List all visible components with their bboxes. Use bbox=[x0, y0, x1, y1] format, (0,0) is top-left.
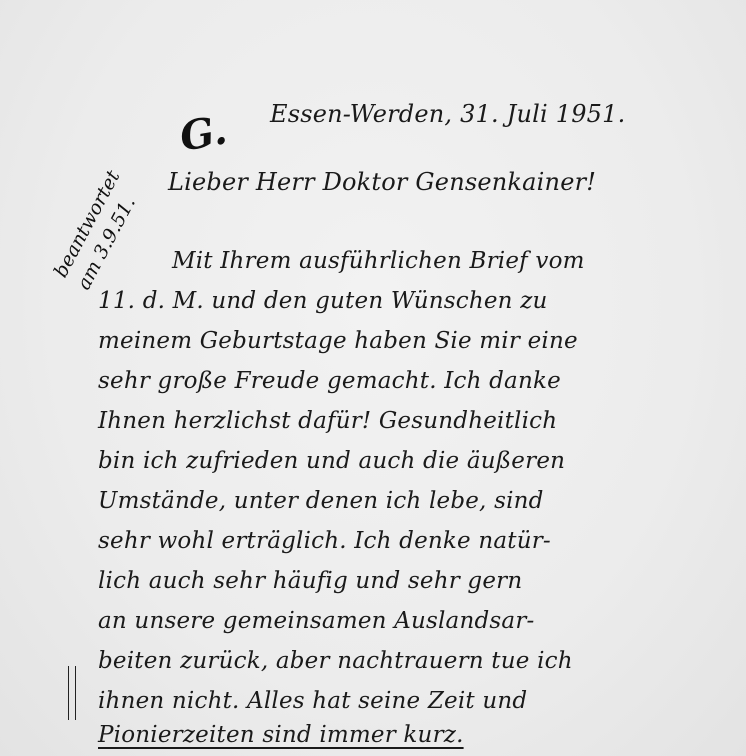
annotation-initial: G. bbox=[176, 106, 230, 160]
body-line: beiten zurück, aber nachtrauern tue ich bbox=[98, 648, 573, 674]
body-line: bin ich zufrieden und auch die äußeren bbox=[98, 448, 565, 474]
body-line: Mit Ihrem ausführlichen Brief vom bbox=[172, 248, 585, 274]
margin-annotation: beantwortet am 3.9.51. bbox=[48, 166, 149, 295]
body-line: lich auch sehr häufig und sehr gern bbox=[98, 568, 522, 594]
body-line: sehr wohl erträglich. Ich denke natür- bbox=[98, 528, 551, 554]
body-line: Ihnen herzlichst dafür! Gesundheitlich bbox=[98, 408, 557, 434]
place-date: Essen-Werden, 31. Juli 1951. bbox=[270, 100, 625, 128]
body-line: sehr große Freude gemacht. Ich danke bbox=[98, 368, 561, 394]
body-line: meinem Geburtstage haben Sie mir eine bbox=[98, 328, 578, 354]
body-line: ihnen nicht. Alles hat seine Zeit und bbox=[98, 688, 527, 714]
body-line: an unsere gemeinsamen Auslandsar- bbox=[98, 608, 535, 634]
body-line: Umstände, unter denen ich lebe, sind bbox=[98, 488, 544, 514]
salutation: Lieber Herr Doktor Gensenkainer! bbox=[168, 168, 596, 196]
underlined-closing-line: Pionierzeiten sind immer kurz. bbox=[98, 722, 464, 748]
letter-page: beantwortet am 3.9.51. G. Essen-Werden, … bbox=[0, 0, 746, 756]
double-vertical-mark bbox=[68, 666, 76, 720]
body-line: 11. d. M. und den guten Wünschen zu bbox=[98, 288, 548, 314]
